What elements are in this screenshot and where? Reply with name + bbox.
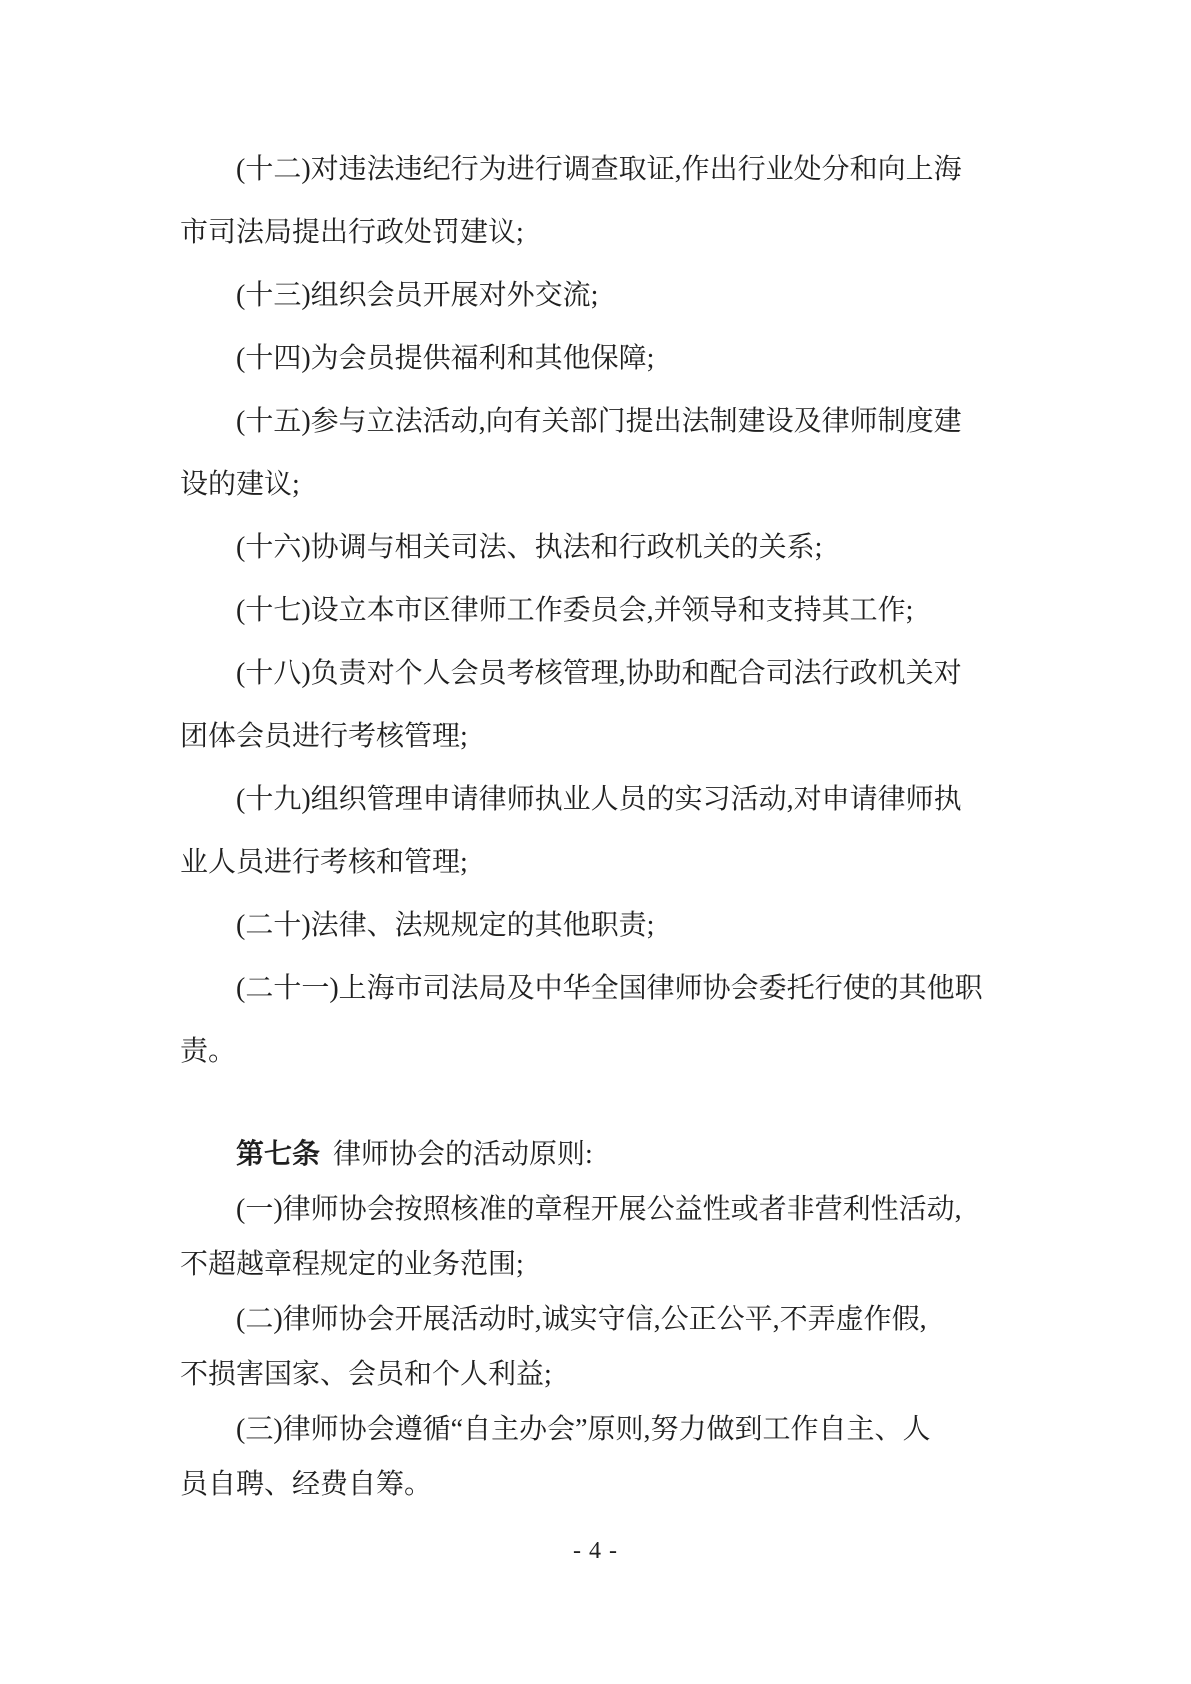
text-line: (二十一)上海市司法局及中华全国律师协会委托行使的其他职 — [180, 957, 1060, 1020]
text-line: (十四)为会员提供福利和其他保障; — [180, 327, 1060, 390]
article-number: 第七条 — [236, 1139, 320, 1170]
article-title: 律师协会的活动原则: — [333, 1139, 593, 1170]
text-line: (十三)组织会员开展对外交流; — [180, 264, 1060, 327]
text-line: (二)律师协会开展活动时,诚实守信,公正公平,不弄虚作假, — [180, 1292, 1060, 1347]
text-line: (十九)组织管理申请律师执业人员的实习活动,对申请律师执 — [180, 768, 1060, 831]
text-line: (二十)法律、法规规定的其他职责; — [180, 894, 1060, 957]
text-line: 员自聘、经费自筹。 — [180, 1457, 1060, 1512]
page-number: - 4 - — [0, 1538, 1191, 1565]
text-line: 团体会员进行考核管理; — [180, 705, 1060, 768]
document-page: (十二)对违法违纪行为进行调查取证,作出行业处分和向上海市司法局提出行政处罚建议… — [0, 0, 1191, 1684]
text-line: 市司法局提出行政处罚建议; — [180, 201, 1060, 264]
text-line: (十七)设立本市区律师工作委员会,并领导和支持其工作; — [180, 579, 1060, 642]
text-line: (三)律师协会遵循“自主办会”原则,努力做到工作自主、人 — [180, 1402, 1060, 1457]
text-line: 业人员进行考核和管理; — [180, 831, 1060, 894]
text-line: 责。 — [180, 1020, 1060, 1083]
text-line: (十八)负责对个人会员考核管理,协助和配合司法行政机关对 — [180, 642, 1060, 705]
text-line: 第七条律师协会的活动原则: — [180, 1127, 1060, 1182]
text-line: (一)律师协会按照核准的章程开展公益性或者非营利性活动, — [180, 1182, 1060, 1237]
document-content: (十二)对违法违纪行为进行调查取证,作出行业处分和向上海市司法局提出行政处罚建议… — [180, 138, 1060, 1512]
text-line: (十六)协调与相关司法、执法和行政机关的关系; — [180, 516, 1060, 579]
text-line: (十五)参与立法活动,向有关部门提出法制建设及律师制度建 — [180, 390, 1060, 453]
text-line: 不超越章程规定的业务范围; — [180, 1237, 1060, 1292]
section-duties-items-12-to-21: (十二)对违法违纪行为进行调查取证,作出行业处分和向上海市司法局提出行政处罚建议… — [180, 138, 1060, 1083]
section-article-7-activity-principles: 第七条律师协会的活动原则:(一)律师协会按照核准的章程开展公益性或者非营利性活动… — [180, 1127, 1060, 1512]
text-line: 设的建议; — [180, 453, 1060, 516]
text-line: (十二)对违法违纪行为进行调查取证,作出行业处分和向上海 — [180, 138, 1060, 201]
text-line: 不损害国家、会员和个人利益; — [180, 1347, 1060, 1402]
